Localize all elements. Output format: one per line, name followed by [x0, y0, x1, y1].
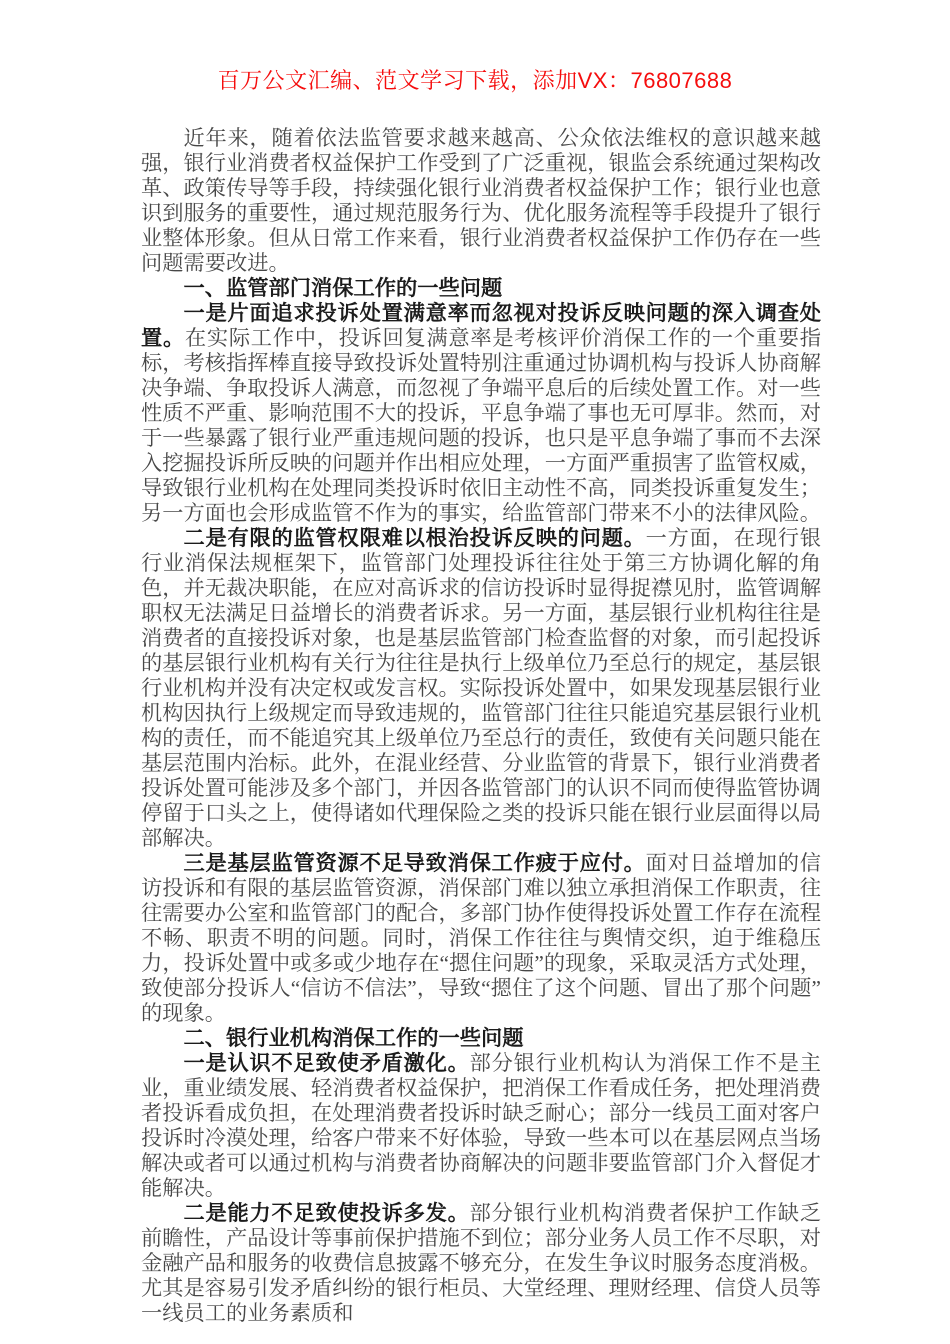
- paragraph-issue-2-text: 一方面，在现行银行业消保法规框架下，监管部门处理投诉往往处于第三方协调化解的角色…: [141, 526, 821, 850]
- paragraph-intro: 近年来，随着依法监管要求越来越高、公众依法维权的意识越来越强，银行业消费者权益保…: [141, 126, 821, 276]
- paragraph-issue-3: 三是基层监管资源不足导致消保工作疲于应付。面对日益增加的信访投诉和有限的基层监管…: [141, 851, 821, 1026]
- paragraph-issue-3-lead: 三是基层监管资源不足导致消保工作疲于应付。: [184, 851, 646, 875]
- section-heading-1: 一、监管部门消保工作的一些问题: [141, 276, 821, 301]
- paragraph-bank-issue-1-lead: 一是认识不足致使矛盾激化。: [184, 1051, 470, 1075]
- header-watermark-notice: 百万公文汇编、范文学习下载，添加VX：76807688: [0, 0, 950, 96]
- paragraph-bank-issue-2-lead: 二是能力不足致使投诉多发。: [184, 1201, 470, 1225]
- document-body: 近年来，随着依法监管要求越来越高、公众依法维权的意识越来越强，银行业消费者权益保…: [141, 126, 821, 1326]
- paragraph-bank-issue-2: 二是能力不足致使投诉多发。部分银行业机构消费者保护工作缺乏前瞻性，产品设计等事前…: [141, 1201, 821, 1326]
- document-page: 百万公文汇编、范文学习下载，添加VX：76807688 近年来，随着依法监管要求…: [0, 0, 950, 1344]
- paragraph-bank-issue-1: 一是认识不足致使矛盾激化。部分银行业机构认为消保工作不是主业，重业绩发展、轻消费…: [141, 1051, 821, 1201]
- paragraph-issue-3-text: 面对日益增加的信访投诉和有限的基层监管资源，消保部门难以独立承担消保工作职责，往…: [141, 851, 821, 1025]
- section-heading-2: 二、银行业机构消保工作的一些问题: [141, 1026, 821, 1051]
- paragraph-issue-1: 一是片面追求投诉处置满意率而忽视对投诉反映问题的深入调查处置。在实际工作中，投诉…: [141, 301, 821, 526]
- paragraph-issue-2: 二是有限的监管权限难以根治投诉反映的问题。一方面，在现行银行业消保法规框架下，监…: [141, 526, 821, 851]
- paragraph-issue-1-text: 在实际工作中，投诉回复满意率是考核评价消保工作的一个重要指标，考核指挥棒直接导致…: [141, 326, 821, 525]
- paragraph-issue-2-lead: 二是有限的监管权限难以根治投诉反映的问题。: [184, 526, 646, 550]
